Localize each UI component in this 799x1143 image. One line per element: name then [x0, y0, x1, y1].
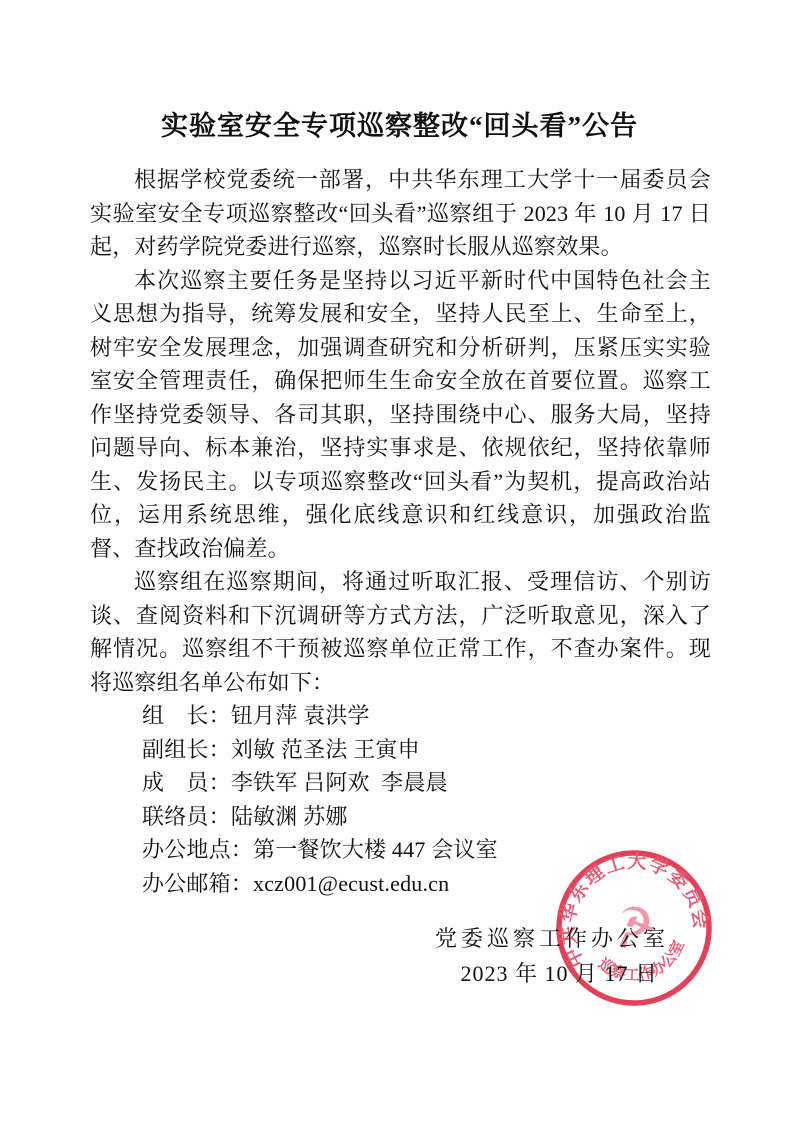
roster-label-office-location: 办公地点： — [142, 837, 253, 862]
roster-label-deputy-leader: 副组长： — [142, 737, 231, 762]
roster-label-members: 成 员： — [142, 770, 231, 795]
roster-row-leader: 组 长：钮月萍 袁洪学 — [142, 699, 711, 733]
office-email-value: xcz001@ecust.edu.cn — [253, 871, 449, 896]
roster-value-members: 李铁军 吕阿欢 李晨晨 — [231, 770, 448, 795]
roster-row-deputy-leader: 副组长：刘敏 范圣法 王寅申 — [142, 733, 711, 767]
office-location-value: 第一餐饮大楼 447 会议室 — [253, 837, 498, 862]
roster-value-deputy-leader: 刘敏 范圣法 王寅申 — [231, 737, 420, 762]
roster-label-office-email: 办公邮箱： — [142, 871, 253, 896]
paragraph-intro: 根据学校党委统一部署，中共华东理工大学十一届委员会实验室安全专项巡察整改“回头看… — [90, 163, 711, 264]
announcement-page: 实验室安全专项巡察整改“回头看”公告 根据学校党委统一部署，中共华东理工大学十一… — [0, 0, 799, 1143]
signature-block: 党委巡察工作办公室 2023 年 10 月 17 日 — [90, 921, 711, 991]
roster-value-leader: 钮月萍 袁洪学 — [231, 703, 370, 728]
roster-label-liaison: 联络员： — [142, 804, 231, 829]
page-title: 实验室安全专项巡察整改“回头看”公告 — [0, 0, 799, 143]
roster-row-liaison: 联络员：陆敏渊 苏娜 — [142, 800, 711, 834]
issue-date: 2023 年 10 月 17 日 — [90, 956, 711, 991]
roster-label-leader: 组 长： — [142, 703, 231, 728]
roster-row-members: 成 员：李铁军 吕阿欢 李晨晨 — [142, 766, 711, 800]
paragraph-tasks: 本次巡察主要任务是坚持以习近平新时代中国特色社会主义思想为指导，统筹发展和安全，… — [90, 264, 711, 566]
roster-value-liaison: 陆敏渊 苏娜 — [231, 804, 348, 829]
paragraph-methods: 巡察组在巡察期间，将通过听取汇报、受理信访、个别访谈、查阅资料和下沉调研等方式方… — [90, 565, 711, 699]
issuing-office-signature: 党委巡察工作办公室 — [90, 921, 711, 956]
